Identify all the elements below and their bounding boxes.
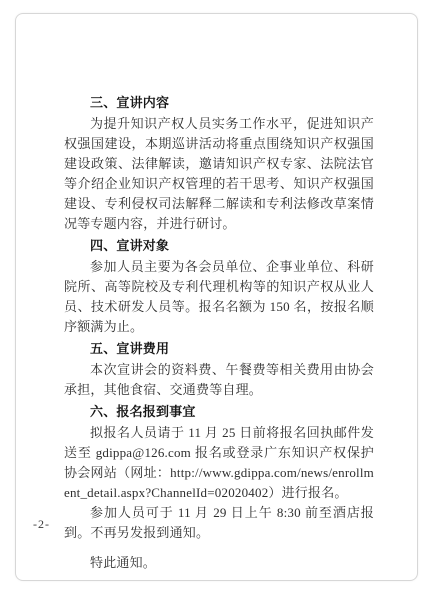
paragraph-audience: 参加人员主要为各会员单位、企事业单位、科研院所、高等院校及专利代理机构等的知识产… (64, 257, 374, 337)
document-page: 三、宣讲内容 为提升知识产权人员实务工作水平，促进知识产权强国建设，本期巡讲活动… (15, 13, 418, 581)
paragraph-fees: 本次宣讲会的资料费、午餐费等相关费用由协会承担，其他食宿、交通费等自理。 (64, 360, 374, 400)
paragraph-checkin: 参加人员可于 11 月 29 日上午 8:30 前至酒店报到。不再另发报到通知。 (64, 503, 374, 543)
closing-note: 特此通知。 (64, 553, 374, 573)
section-heading-6: 六、报名报到事宜 (64, 402, 374, 422)
section-heading-3: 三、宣讲内容 (64, 93, 374, 113)
page-number: -2- (33, 517, 50, 532)
section-heading-4: 四、宣讲对象 (64, 236, 374, 256)
section-heading-5: 五、宣讲费用 (64, 339, 374, 359)
paragraph-lecture-content: 为提升知识产权人员实务工作水平，促进知识产权强国建设，本期巡讲活动将重点围绕知识… (64, 114, 374, 234)
paragraph-registration: 拟报名人员请于 11 月 25 日前将报名回执邮件发送至 gdippa@126.… (64, 423, 374, 503)
document-body: 三、宣讲内容 为提升知识产权人员实务工作水平，促进知识产权强国建设，本期巡讲活动… (64, 91, 374, 573)
